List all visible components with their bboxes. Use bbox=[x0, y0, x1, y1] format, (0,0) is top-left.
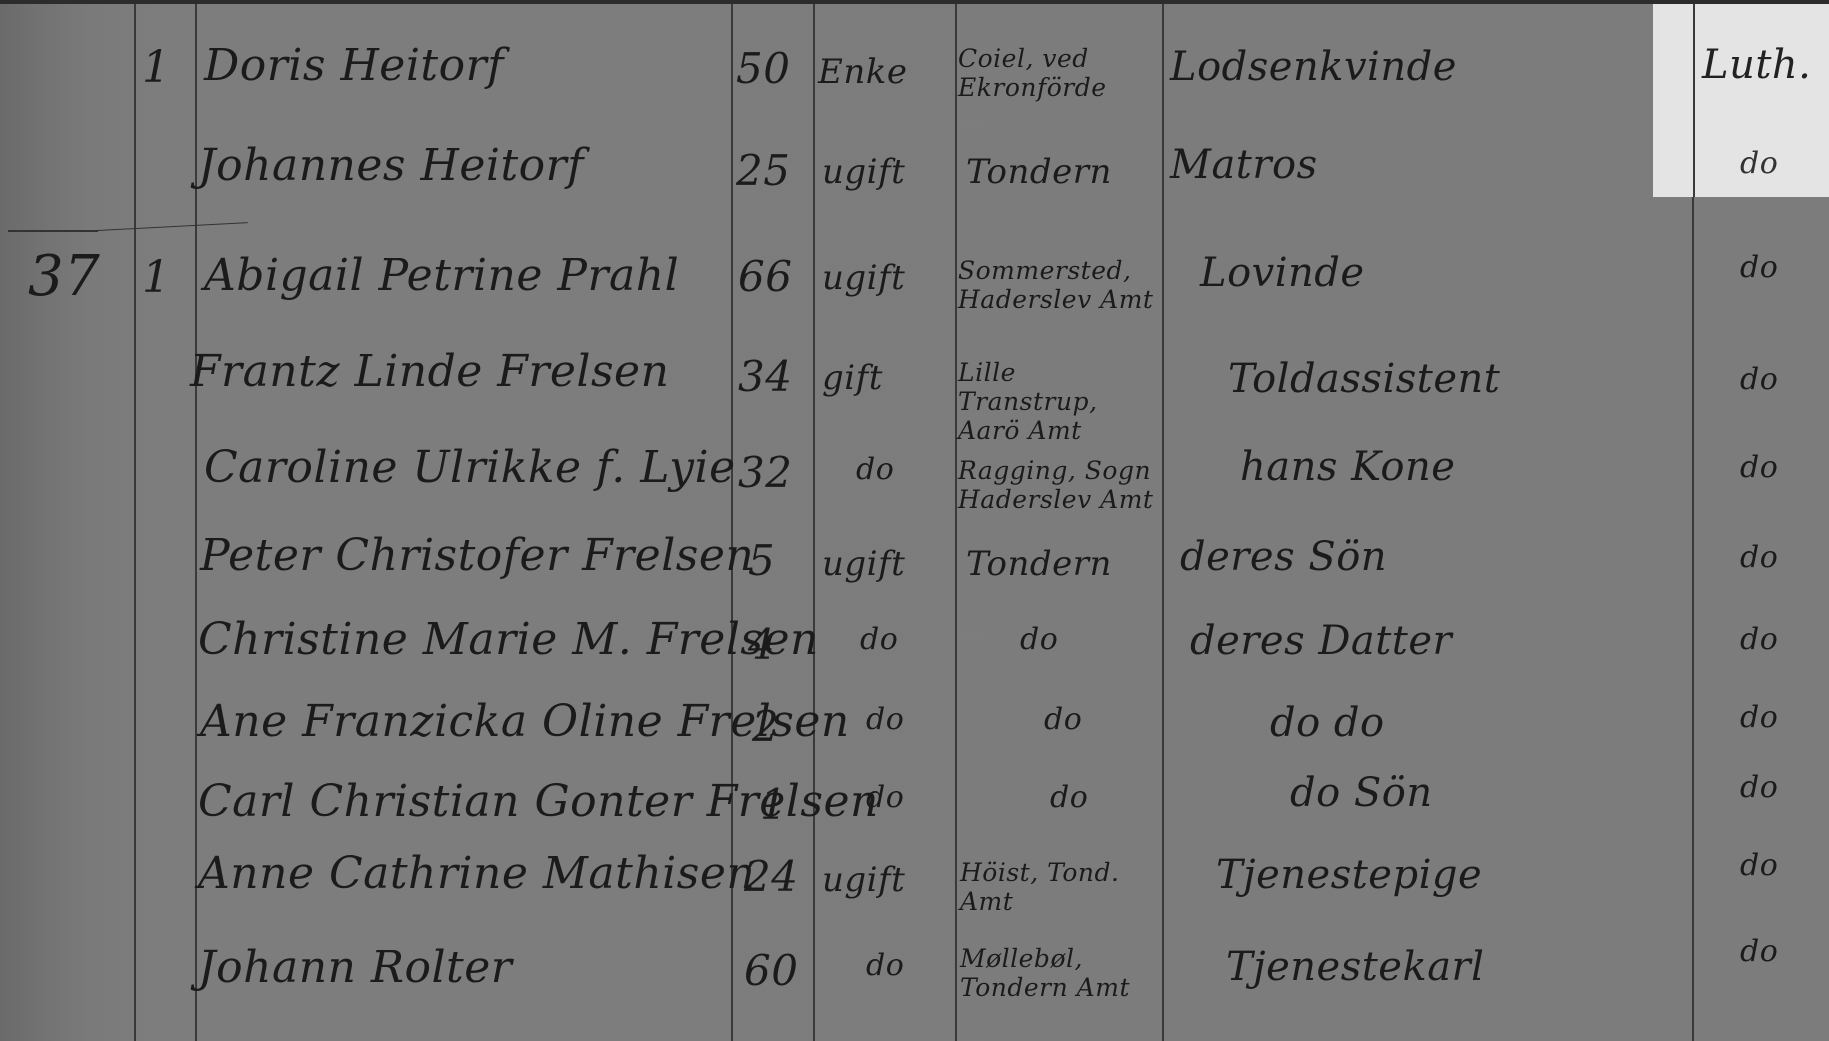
religion: do bbox=[1740, 362, 1778, 397]
age: 2 bbox=[752, 702, 779, 751]
age: 66 bbox=[738, 252, 792, 301]
person-count: 1 bbox=[142, 252, 171, 303]
religion: do bbox=[1740, 934, 1778, 969]
household-role: do Sön bbox=[1290, 770, 1433, 816]
household-role: do do bbox=[1270, 700, 1385, 746]
person-name: Johann Rolter bbox=[198, 942, 512, 993]
civil-status: ugift bbox=[822, 258, 905, 298]
religion: do bbox=[1740, 540, 1778, 575]
age: 5 bbox=[748, 536, 775, 585]
birthplace: do bbox=[1050, 780, 1088, 815]
household-role: Matros bbox=[1170, 142, 1318, 188]
column-rule-count bbox=[195, 4, 197, 1041]
birthplace: Tondern bbox=[966, 544, 1112, 584]
household-separator-stroke bbox=[98, 222, 248, 231]
civil-status: do bbox=[866, 780, 904, 815]
page-top-edge bbox=[0, 0, 1829, 4]
column-rule-age bbox=[813, 4, 815, 1041]
person-name: Abigail Petrine Prahl bbox=[204, 250, 679, 301]
household-role: Toldassistent bbox=[1228, 356, 1500, 402]
birthplace: Ragging, Sogn Haderslev Amt bbox=[958, 456, 1163, 514]
person-name: Caroline Ulrikke f. Lyie bbox=[204, 442, 736, 493]
civil-status: do bbox=[860, 622, 898, 657]
column-rule-birthplace bbox=[1162, 4, 1164, 1041]
person-name: Peter Christofer Frelsen bbox=[200, 530, 754, 581]
birthplace: Møllebøl, Tondern Amt bbox=[960, 944, 1160, 1002]
column-rule-civil bbox=[955, 4, 957, 1041]
religion: do bbox=[1740, 770, 1778, 805]
person-name: Johannes Heitorf bbox=[198, 140, 584, 191]
person-count: 1 bbox=[142, 42, 171, 93]
civil-status: ugift bbox=[822, 860, 905, 900]
religion: do bbox=[1740, 450, 1778, 485]
birthplace: Sommersted, Haderslev Amt bbox=[958, 256, 1158, 314]
religion: do bbox=[1740, 146, 1778, 181]
birthplace: do bbox=[1044, 702, 1082, 737]
household-role: Lodsenkvinde bbox=[1170, 44, 1457, 90]
birthplace: Lille Transtrup, Aarö Amt bbox=[958, 358, 1158, 445]
civil-status: ugift bbox=[822, 152, 905, 192]
highlight-column-rule bbox=[1693, 4, 1695, 197]
civil-status: ugift bbox=[822, 544, 905, 584]
household-separator bbox=[8, 230, 98, 232]
ledger-page: 1 Doris Heitorf 50 Enke Coiel, ved Ekron… bbox=[0, 0, 1829, 1041]
religion: do bbox=[1740, 848, 1778, 883]
age: 4 bbox=[748, 620, 775, 669]
age: 34 bbox=[738, 352, 792, 401]
civil-status: Enke bbox=[818, 52, 907, 92]
religion: do bbox=[1740, 700, 1778, 735]
civil-status: do bbox=[866, 948, 904, 983]
household-role: Tjenestekarl bbox=[1226, 944, 1484, 990]
age: 25 bbox=[736, 146, 790, 195]
household-role: deres Datter bbox=[1190, 618, 1452, 664]
household-number: 37 bbox=[28, 244, 100, 309]
civil-status: gift bbox=[822, 358, 883, 398]
civil-status: do bbox=[866, 702, 904, 737]
person-name: Frantz Linde Frelsen bbox=[190, 346, 669, 397]
birthplace: do bbox=[1020, 622, 1058, 657]
religion: Luth. bbox=[1702, 42, 1811, 88]
household-role: hans Kone bbox=[1240, 444, 1455, 490]
birthplace: Tondern bbox=[966, 152, 1112, 192]
religion: do bbox=[1740, 622, 1778, 657]
civil-status: do bbox=[856, 452, 894, 487]
age: 50 bbox=[736, 44, 790, 93]
person-name: Anne Cathrine Mathisen bbox=[198, 848, 755, 899]
age: 24 bbox=[744, 852, 798, 901]
religion: do bbox=[1740, 250, 1778, 285]
age: 32 bbox=[738, 448, 792, 497]
column-rule-household bbox=[134, 4, 136, 1041]
household-role: Lovinde bbox=[1200, 250, 1365, 296]
age: 60 bbox=[744, 946, 798, 995]
person-name: Christine Marie M. Frelsen bbox=[198, 614, 819, 665]
household-role: deres Sön bbox=[1180, 534, 1387, 580]
household-role: Tjenestepige bbox=[1216, 852, 1482, 898]
birthplace: Höist, Tond. Amt bbox=[960, 858, 1160, 916]
age: 1 bbox=[760, 780, 787, 829]
birthplace: Coiel, ved Ekronförde bbox=[958, 44, 1158, 102]
person-name: Doris Heitorf bbox=[204, 40, 504, 91]
